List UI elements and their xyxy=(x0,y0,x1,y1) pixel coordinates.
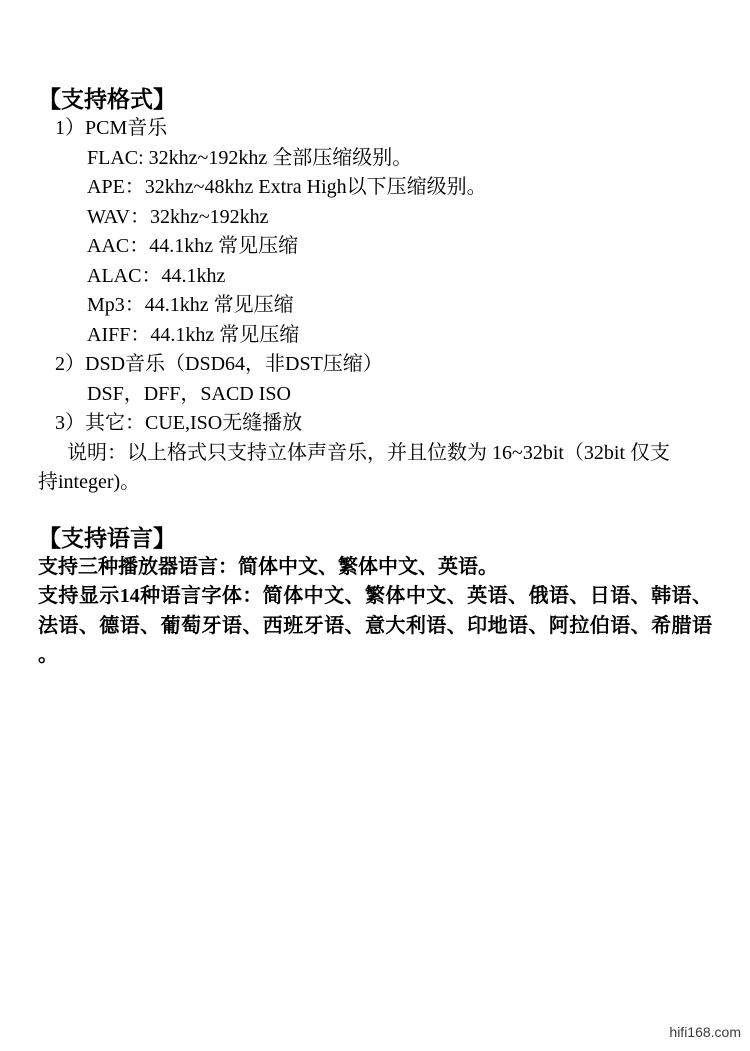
document-page: 【支持格式】 1）PCM音乐FLAC: 32khz~192khz 全部压缩级别。… xyxy=(0,0,750,1051)
text-line: AIFF：44.1khz 常见压缩 xyxy=(38,321,712,351)
supported-formats-body: 1）PCM音乐FLAC: 32khz~192khz 全部压缩级别。APE：32k… xyxy=(38,114,712,498)
text-line: APE：32khz~48khz Extra High以下压缩级别。 xyxy=(38,173,712,203)
text-line: DSF，DFF，SACD ISO xyxy=(38,380,712,410)
text-line: 。 xyxy=(38,641,712,671)
text-line: 说明：以上格式只支持立体声音乐，并且位数为 16~32bit（32bit 仅支 xyxy=(38,439,712,469)
text-line: Mp3：44.1khz 常见压缩 xyxy=(38,291,712,321)
text-line: 持integer)。 xyxy=(38,468,712,498)
text-line: WAV：32khz~192khz xyxy=(38,203,712,233)
text-line: 支持三种播放器语言：简体中文、繁体中文、英语。 xyxy=(38,553,712,583)
text-line: 2）DSD音乐（DSD64，非DST压缩） xyxy=(38,350,712,380)
section-title-supported-formats: 【支持格式】 xyxy=(38,84,712,114)
text-line: 1）PCM音乐 xyxy=(38,114,712,144)
text-line: AAC：44.1khz 常见压缩 xyxy=(38,232,712,262)
text-line: FLAC: 32khz~192khz 全部压缩级别。 xyxy=(38,144,712,174)
section-title-supported-languages: 【支持语言】 xyxy=(38,523,712,553)
watermark: hifi168.com xyxy=(669,1024,741,1040)
text-line: 3）其它：CUE,ISO无缝播放 xyxy=(38,409,712,439)
text-line: ALAC：44.1khz xyxy=(38,262,712,292)
supported-languages-body: 支持三种播放器语言：简体中文、繁体中文、英语。支持显示14种语言字体：简体中文、… xyxy=(38,553,712,671)
text-line: 支持显示14种语言字体：简体中文、繁体中文、英语、俄语、日语、韩语、 xyxy=(38,582,712,612)
text-line: 法语、德语、葡萄牙语、西班牙语、意大利语、印地语、阿拉伯语、希腊语 xyxy=(38,612,712,642)
